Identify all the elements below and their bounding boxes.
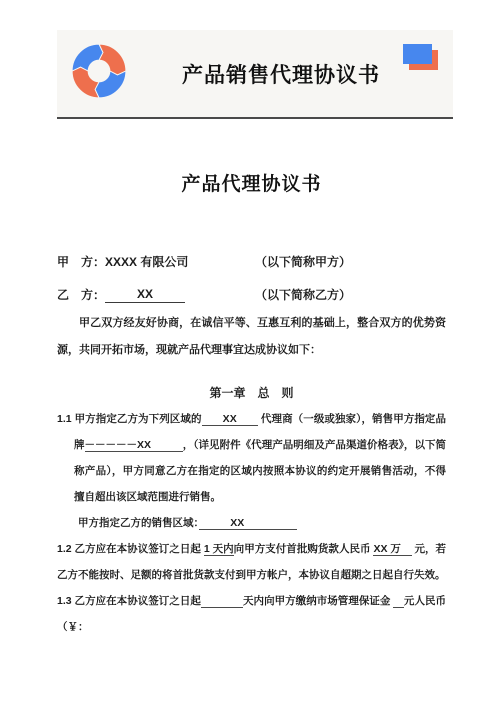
party-a-note: （以下简称甲方） bbox=[255, 253, 351, 270]
clause-1-3: 1.3 乙方应在本协议签订之日起 天内向甲方缴纳市场管理保证金 元人民币（￥： bbox=[57, 588, 446, 640]
clauses: 1.1 甲方指定乙方为下列区域的 XX 代理商（一级或独家），销售甲方指定品牌－… bbox=[57, 406, 446, 640]
document-body: 产品代理协议书 甲 方： XXXX 有限公司 （以下简称甲方） 乙 方： XX … bbox=[57, 170, 446, 640]
header-band: 产品销售代理协议书 bbox=[57, 30, 453, 119]
party-b-name-blank[interactable]: XX bbox=[105, 287, 185, 303]
fill-in-blank[interactable]: XX bbox=[202, 413, 258, 426]
fill-in-blank[interactable]: 1 天内 bbox=[204, 543, 234, 556]
party-a-label: 甲 方： bbox=[57, 253, 105, 270]
fill-in-blank[interactable]: －－－－－XX bbox=[85, 439, 183, 452]
fill-in-blank[interactable] bbox=[201, 595, 243, 608]
fill-in-blank[interactable]: XX 万 bbox=[373, 543, 411, 556]
clause-sales-region: 甲方指定乙方的销售区域： XX bbox=[57, 510, 446, 536]
document-title: 产品代理协议书 bbox=[57, 170, 446, 200]
fill-in-blank[interactable]: XX bbox=[199, 517, 297, 530]
contract-document-page: 产品销售代理协议书 产品代理协议书 甲 方： XXXX 有限公司 （以下简称甲方… bbox=[0, 0, 500, 707]
party-a-name: XXXX 有限公司 bbox=[105, 253, 188, 270]
intro-paragraph: 甲乙双方经友好协商，在诚信平等、互惠互利的基础上，整合双方的优势资源，共同开拓市… bbox=[57, 310, 446, 364]
deco-square-blue bbox=[403, 44, 432, 64]
clause-text: 1.3 乙方应在本协议签订之日起 bbox=[57, 595, 201, 607]
party-a-row: 甲 方： XXXX 有限公司 （以下简称甲方） bbox=[57, 244, 446, 270]
party-b-note: （以下简称乙方） bbox=[255, 286, 351, 303]
chapter-heading: 第一章 总 则 bbox=[57, 380, 446, 406]
fill-in-blank[interactable] bbox=[393, 595, 404, 608]
party-b-main: 乙 方： XX bbox=[57, 286, 255, 303]
party-a-main: 甲 方： XXXX 有限公司 bbox=[57, 253, 255, 270]
clause-1-1: 1.1 甲方指定乙方为下列区域的 XX 代理商（一级或独家），销售甲方指定品牌－… bbox=[57, 406, 446, 510]
party-b-row: 乙 方： XX （以下简称乙方） bbox=[57, 277, 446, 303]
clause-text: 向甲方支付首批购货款人民币 bbox=[234, 543, 374, 555]
clause-1-2: 1.2 乙方应在本协议签订之日起 1 天内向甲方支付首批购货款人民币 XX 万 … bbox=[57, 536, 446, 588]
clause-text: 天内向甲方缴纳市场管理保证金 bbox=[243, 595, 393, 607]
clause-text: 甲方指定乙方的销售区域： bbox=[78, 517, 199, 529]
deco-squares-icon bbox=[403, 44, 439, 71]
cycle-arrows-logo-icon bbox=[67, 39, 131, 103]
party-b-label: 乙 方： bbox=[57, 286, 105, 303]
clause-text: 1.2 乙方应在本协议签订之日起 bbox=[57, 543, 204, 555]
clause-text: 1.1 甲方指定乙方为下列区域的 bbox=[57, 413, 202, 425]
